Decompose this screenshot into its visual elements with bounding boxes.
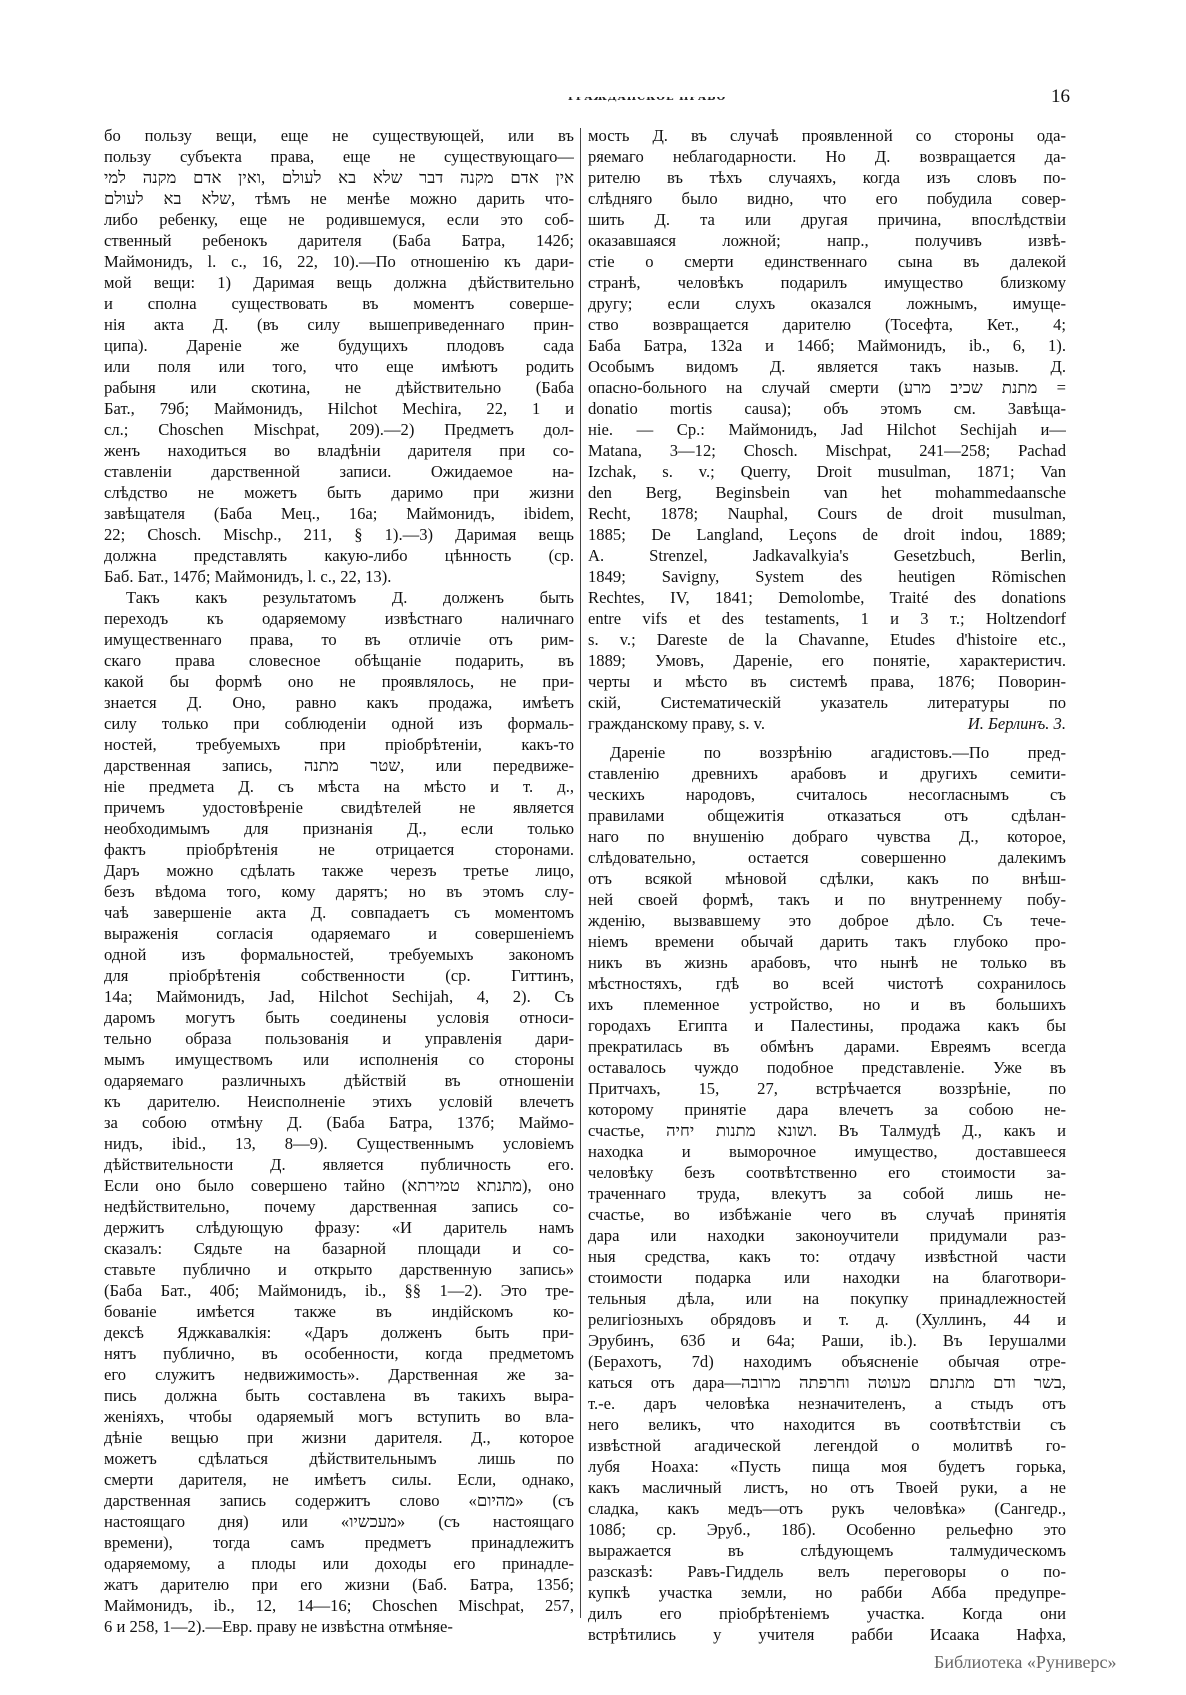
text-line: шить Д. та или другая причина, впослѣдст… — [588, 209, 1066, 230]
text-line: Izchak, s. v.; Querry, Droit musulman, 1… — [588, 461, 1066, 482]
text-line: выраженія согласія одаряемаго и совершен… — [104, 923, 574, 944]
text-line: траченнаго труда, влекутъ за собой лишь … — [588, 1183, 1066, 1204]
text-line: мой вещи: 1) Даримая вещь должна дѣйстви… — [104, 272, 574, 293]
text-line: каться отъ дара—בשר ודם מתנתם מעוטה וחרפ… — [588, 1372, 1066, 1393]
text-line: Притчахъ, 15, 27, встрѣчается воззрѣніе,… — [588, 1078, 1066, 1099]
text-line: опасно-больного на случай смерти (מתנת ש… — [588, 377, 1066, 398]
text-line: либо ребенку, еще не родившемуся, если э… — [104, 209, 574, 230]
text-line: тельныя дѣла, или на покупку принадлежно… — [588, 1288, 1066, 1309]
text-line: отъ всякой мѣновой сдѣлки, какъ по внѣш- — [588, 868, 1066, 889]
text-line: рабыня или скотина, не дѣйствительно (Ба… — [104, 377, 574, 398]
text-line: держитъ слѣдующую фразу: «И даритель нам… — [104, 1217, 574, 1238]
text-line: мымъ имуществомъ или исполненія со сторо… — [104, 1049, 574, 1070]
text-line: Matana, 3—12; Chosch. Mischpat, 241—258;… — [588, 440, 1066, 461]
text-line: бованіе имѣется также въ индійскомъ ко- — [104, 1301, 574, 1322]
left-column: бо пользу вещи, еще не существующей, или… — [104, 125, 574, 1637]
text-line: какой бы формѣ оно не проявлялось, не пр… — [104, 671, 574, 692]
text-line: можетъ сдѣлаться дѣйствительнымъ лишь по — [104, 1448, 574, 1469]
text-line: извѣстной агадической легендой о молитвѣ… — [588, 1435, 1066, 1456]
text-line: жатъ дарителю при его жизни (Баб. Батра,… — [104, 1574, 574, 1595]
text-line: лубя Ноаха: «Пусть пища моя будетъ горьк… — [588, 1456, 1066, 1477]
text-line: его служитъ недвижимость». Дарственная ж… — [104, 1364, 574, 1385]
text-line: Баба Батра, 132а и 146б; Маймонидъ, ib.,… — [588, 335, 1066, 356]
text-line: необходимымъ для признанія Д., если толь… — [104, 818, 574, 839]
text-line: сказалъ: Сядьте на базарной площади и со… — [104, 1238, 574, 1259]
text-line: знается Д. Оно, равно какъ продажа, имѣе… — [104, 692, 574, 713]
text-line: безъ вѣдома того, кому дарятъ; но въ это… — [104, 881, 574, 902]
text-line: entre vifs et des testaments, 1 и 3 т.; … — [588, 608, 1066, 629]
text-line: пись должна быть составлена въ такихъ вы… — [104, 1385, 574, 1406]
text-line: религіозныхъ обрядовъ и т. д. (Хуллинъ, … — [588, 1309, 1066, 1330]
text-line: ставьте публично и открыто дарственную з… — [104, 1259, 574, 1280]
text-line: скій, Систематическій указатель литерату… — [588, 692, 1066, 713]
text-line: Бат., 79б; Маймонидъ, Hilchot Mechira, 2… — [104, 398, 574, 419]
text-line: 6 и 258, 1—2).—Евр. праву не извѣстна от… — [104, 1616, 574, 1637]
text-line: дилъ его пріобрѣтеніемъ участка. Когда о… — [588, 1603, 1066, 1624]
text-line: рителю въ тѣхъ случаяхъ, когда изъ словъ… — [588, 167, 1066, 188]
text-line: 22; Chosch. Mischp., 211, § 1).—3) Дарим… — [104, 524, 574, 545]
text-line: къ дарителю. Неисполненіе этихъ условій … — [104, 1091, 574, 1112]
text-line: нятъ публично, въ особенности, когда пре… — [104, 1343, 574, 1364]
text-line: дѣніе вещью при жизни дарителя. Д., кото… — [104, 1427, 574, 1448]
text-line: ческихъ народовъ, считалось несогласнымъ… — [588, 784, 1066, 805]
text-line: фактъ пріобрѣтенія не отрицается сторона… — [104, 839, 574, 860]
text-line: Дареніе по воззрѣнію агадистовъ.—По пред… — [588, 742, 1066, 763]
page-number: 16 — [1051, 86, 1070, 108]
text-line: завѣщателя (Баба Мец., 16а; Маймонидъ, i… — [104, 503, 574, 524]
text-line: мѣстностяхъ, гдѣ во всей чистотѣ сохрани… — [588, 973, 1066, 994]
text-line: него великъ, что находится въ соотвѣтств… — [588, 1414, 1066, 1435]
text-line: тельно образа пользованія и управленія д… — [104, 1028, 574, 1049]
text-line: ставленіи дарственной записи. Ожидаемое … — [104, 461, 574, 482]
text-line: за собою отмѣну Д. (Баба Батра, 137б; Ма… — [104, 1112, 574, 1133]
text-line: времени), тогда самъ предметъ принадлежи… — [104, 1532, 574, 1553]
text-line: ство возвращается дарителю (Тосефта, Кет… — [588, 314, 1066, 335]
column-divider — [580, 128, 581, 1618]
text-line: 1889; Умовъ, Дареніе, его понятіе, харак… — [588, 650, 1066, 671]
text-line: недѣйствительно, почему дарственная запи… — [104, 1196, 574, 1217]
text-line: какъ масличный листъ, но отъ Твоей руки,… — [588, 1477, 1066, 1498]
text-line: которому принятіе дара влечетъ за собою … — [588, 1099, 1066, 1120]
text-line: городахъ Египта и Палестины, продажа как… — [588, 1015, 1066, 1036]
text-line: 1885; De Langland, Leçons de droit indou… — [588, 524, 1066, 545]
running-title: ГРАЖДАНСКОЕ ПРАВО — [568, 92, 726, 103]
text-line: причемъ удостовѣреніе свидѣтелей не явля… — [104, 797, 574, 818]
text-line: (Берахотъ, 7d) находимъ объясненіе обыча… — [588, 1351, 1066, 1372]
text-line: 108б; ср. Эруб., 18б). Особенно рельефно… — [588, 1519, 1066, 1540]
text-line: слѣдовательно, остается совершенно далек… — [588, 847, 1066, 868]
right-column: мость Д. въ случаѣ проявленной со сторон… — [588, 125, 1066, 1645]
text-line: человѣку безъ соотвѣтственно его стоимос… — [588, 1162, 1066, 1183]
text-line: пользу субъекта права, еще не существующ… — [104, 146, 574, 167]
text-line: разсказѣ: Равъ-Гиддель велъ переговоры о… — [588, 1561, 1066, 1582]
text-line: чаѣ завершеніе акта Д. совпадаетъ съ мом… — [104, 902, 574, 923]
text-line: женіяхъ, чтобы одаряемый могъ вступить в… — [104, 1406, 574, 1427]
text-line: должна представлять какую-либо цѣнность … — [104, 545, 574, 566]
text-line: שלא בא לעולם, тѣмъ не менѣе можно дарить… — [104, 188, 574, 209]
text-line: Такъ какъ результатомъ Д. долженъ быть — [104, 587, 574, 608]
text-line: Особымъ видомъ Д. является такъ назыв. Д… — [588, 356, 1066, 377]
text-line: Rechtes, IV, 1841; Demolombe, Traité des… — [588, 587, 1066, 608]
text-line: ставленію древнихъ арабовъ и другихъ сем… — [588, 763, 1066, 784]
text-line: силу только при соблюденіи одной изъ фор… — [104, 713, 574, 734]
text-line: и сполна существовать въ моментъ соверше… — [104, 293, 574, 314]
text-line: ніе предмета Д. съ мѣста на мѣсто и т. д… — [104, 776, 574, 797]
text-line: дара или находки законоучители придумали… — [588, 1225, 1066, 1246]
text-line: ностей, требуемыхъ при пріобрѣтеніи, как… — [104, 734, 574, 755]
text-line: для пріобрѣтенія собственности (ср. Гитт… — [104, 965, 574, 986]
text-line: Маймонидъ, l. c., 16, 22, 10).—По отноше… — [104, 251, 574, 272]
text-line: жденію, вызвавшему это доброе дѣло. Съ т… — [588, 910, 1066, 931]
text-line: женъ находиться во владѣніи дарителя при… — [104, 440, 574, 461]
text-line: ихъ племенное устройство, но и въ больши… — [588, 994, 1066, 1015]
text-line: странѣ, человѣкъ подарилъ имущество близ… — [588, 272, 1066, 293]
text-line: Баб. Бат., 147б; Маймонидъ, l. c., 22, 1… — [104, 566, 574, 587]
text-line: смерти дарителя, не имѣетъ силы. Если, о… — [104, 1469, 574, 1490]
text-line: Если оно было совершено тайно (מתנתא טמי… — [104, 1175, 574, 1196]
text-line: 1849; Savigny, System des heutigen Römis… — [588, 566, 1066, 587]
text-line: гражданскому праву, s. v.И. Берлинъ. 3. — [588, 713, 1066, 734]
text-line: дарственная запись, שטר מתנה, или передв… — [104, 755, 574, 776]
text-line: счастье, ושונא מתנות יחיה. Въ Талмудѣ Д.… — [588, 1120, 1066, 1141]
text-line: сл.; Choschen Mischpat, 209).—2) Предмет… — [104, 419, 574, 440]
text-line: Recht, 1878; Nauphal, Cours de droit mus… — [588, 503, 1066, 524]
text-line: переходъ къ одаряемому извѣстнаго наличн… — [104, 608, 574, 629]
text-line: бо пользу вещи, еще не существующей, или… — [104, 125, 574, 146]
text-line: счастье, во избѣжаніе чего въ случаѣ при… — [588, 1204, 1066, 1225]
text-line: имущественнаго права, то въ отличіе отъ … — [104, 629, 574, 650]
text-line: сладка, какъ медъ—отъ рукъ человѣка» (Са… — [588, 1498, 1066, 1519]
text-line: ніе. — Ср.: Маймонидъ, Jad Hilchot Sechi… — [588, 419, 1066, 440]
text-line: или поля или того, что еще имѣютъ родить — [104, 356, 574, 377]
text-line: s. v.; Dareste de la Chavanne, Etudes d'… — [588, 629, 1066, 650]
text-line: одаряемому, а плоды или доходы его прина… — [104, 1553, 574, 1574]
text-line: Маймонидъ, ib., 12, 14—16; Choschen Misc… — [104, 1595, 574, 1616]
text-line: выражается въ слѣдующемъ талмудическомъ — [588, 1540, 1066, 1561]
text-line: дѣйствительности Д. является публичность… — [104, 1154, 574, 1175]
text-line: правилами общежитія отказаться отъ сдѣла… — [588, 805, 1066, 826]
text-line: т.-е. даръ человѣка незначителенъ, а сты… — [588, 1393, 1066, 1414]
text-line: אין אדם מקנה דבר שלא בא לעולם ,ואין אדם … — [104, 167, 574, 188]
text-line: одной изъ формальностей, требуемыхъ зако… — [104, 944, 574, 965]
text-line: скаго права словесное обѣщаніе подарить,… — [104, 650, 574, 671]
text-line: слѣдство не можетъ быть даримо при жизни — [104, 482, 574, 503]
text-line: donatio mortis causa); объ этомъ см. Зав… — [588, 398, 1066, 419]
text-line: ряемаго неблагодарности. Но Д. возвращае… — [588, 146, 1066, 167]
page-header: ГРАЖДАНСКОЕ ПРАВО 16 — [0, 86, 1186, 110]
author-signature: И. Берлинъ. 3. — [968, 713, 1066, 734]
text-line: Даръ можно сдѣлать также черезъ третье л… — [104, 860, 574, 881]
text-line: находка и выморочное имущество, доставше… — [588, 1141, 1066, 1162]
text-line: нидъ, ibid., 13, 8—9). Существеннымъ усл… — [104, 1133, 574, 1154]
text-line: оставалось чуждо подобное представленіе.… — [588, 1057, 1066, 1078]
text-line: наго по внушенію добраго чувства Д., кот… — [588, 826, 1066, 847]
text-line: ней своей формѣ, такъ и по внутреннему п… — [588, 889, 1066, 910]
text-line: слѣдняго было видно, что его побудила со… — [588, 188, 1066, 209]
text-line: дарственная запись содержитъ слово «מהיו… — [104, 1490, 574, 1511]
text-line: ныя средства, какъ то: отдачу извѣстной … — [588, 1246, 1066, 1267]
text-line: другу; если слухъ оказался ложнымъ, имущ… — [588, 293, 1066, 314]
text-line: ніемъ времени обычай дарить такъ глубоко… — [588, 931, 1066, 952]
text-line: Эрубинъ, 63б и 64а; Раши, ib.). Въ Іеруш… — [588, 1330, 1066, 1351]
text-line: настоящаго дня) или «מעכשיו» (съ настоящ… — [104, 1511, 574, 1532]
text-line: никъ въ жизнь арабовъ, что нынѣ не тольк… — [588, 952, 1066, 973]
text-line: мость Д. въ случаѣ проявленной со сторон… — [588, 125, 1066, 146]
text-line: даромъ могутъ быть соединены условія отн… — [104, 1007, 574, 1028]
text-line: ственный ребенокъ дарителя (Баба Батра, … — [104, 230, 574, 251]
text-line: (Баба Бат., 40б; Маймонидъ, ib., §§ 1—2)… — [104, 1280, 574, 1301]
text-line: дексѣ Яджкавалкія: «Даръ долженъ быть пр… — [104, 1322, 574, 1343]
text-line: черты и мѣсто въ системѣ права, 1876; По… — [588, 671, 1066, 692]
text-line: 14а; Маймонидъ, Jad, Hilchot Sechijah, 4… — [104, 986, 574, 1007]
text-line: стоимости подарка или находки на благотв… — [588, 1267, 1066, 1288]
text-line: прекратилась въ обмѣнъ дарами. Евреямъ в… — [588, 1036, 1066, 1057]
text-line: оказавшаяся ложной; напр., получивъ извѣ… — [588, 230, 1066, 251]
text-line: den Berg, Beginsbein van het mohammedaan… — [588, 482, 1066, 503]
text-line: ципа). Дареніе же будущихъ плодовъ сада — [104, 335, 574, 356]
text-line: одаряемаго различныхъ дѣйствій въ отноше… — [104, 1070, 574, 1091]
library-credit: Библиотека «Руниверс» — [934, 1652, 1117, 1673]
text-line: стіе о смерти единственнаго сына въ дале… — [588, 251, 1066, 272]
text-line: купкѣ участка земли, но рабби Абба преду… — [588, 1582, 1066, 1603]
text-line: A. Strenzel, Jadkavalkyia's Gesetzbuch, … — [588, 545, 1066, 566]
text-line: нія акта Д. (въ силу вышеприведеннаго пр… — [104, 314, 574, 335]
text-line: встрѣтились у учителя рабби Исаака Нафха… — [588, 1624, 1066, 1645]
